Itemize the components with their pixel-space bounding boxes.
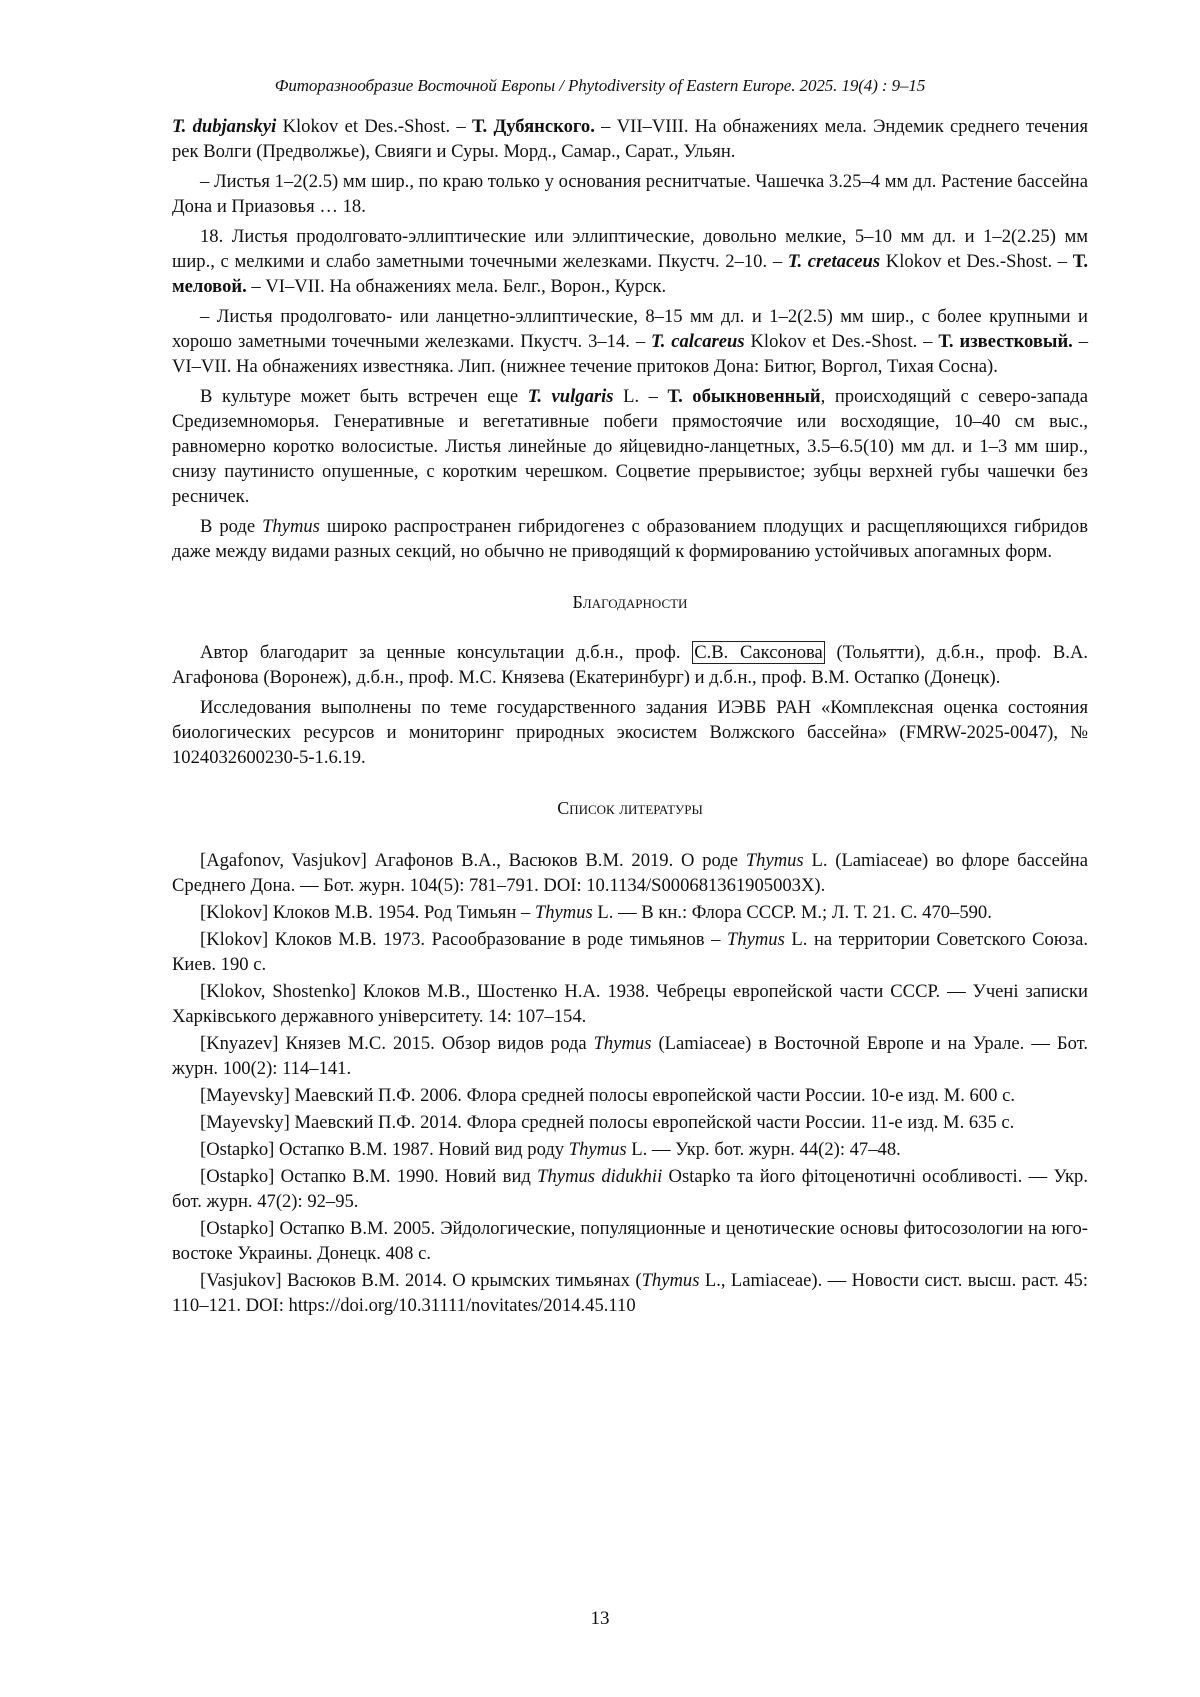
page-number: 13 xyxy=(0,1608,1200,1630)
reference-item: [Ostapko] Остапко В.М. 1990. Новий вид T… xyxy=(172,1164,1088,1214)
reference-item: [Knyazev] Князев М.С. 2015. Обзор видов … xyxy=(172,1031,1088,1081)
russian-name: Т. известковый. xyxy=(938,331,1072,352)
key-couplet-18a: 18. Листья продолговато-эллиптические ил… xyxy=(172,224,1088,299)
russian-name: Т. Дубянского. xyxy=(472,116,595,137)
genus-name: Thymus xyxy=(262,516,320,537)
hybrid-paragraph: В роде Thymus широко распространен гибри… xyxy=(172,514,1088,564)
taxon-name: Thymus xyxy=(569,1139,627,1160)
reference-item: [Mayevsky] Маевский П.Ф. 2014. Флора сре… xyxy=(172,1110,1088,1135)
reference-item: [Klokov] Клоков М.В. 1973. Расообразован… xyxy=(172,927,1088,977)
reference-item: [Ostapko] Остапко В.М. 2005. Эйдологичес… xyxy=(172,1216,1088,1266)
russian-name: Т. обыкновенный xyxy=(668,386,821,407)
latin-name: T. dubjanskyi xyxy=(172,116,276,137)
latin-name: T. calcareus xyxy=(651,331,745,352)
taxon-name: Thymus xyxy=(642,1270,700,1291)
acknowledgements-paragraph-1: Автор благодарит за ценные консультации … xyxy=(172,640,1088,690)
reference-item: [Ostapko] Остапко В.М. 1987. Новий вид р… xyxy=(172,1137,1088,1162)
acknowledgements-heading: Благодарности xyxy=(172,590,1088,615)
reference-item: [Vasjukov] Васюков В.М. 2014. О крымских… xyxy=(172,1268,1088,1318)
reference-item: [Agafonov, Vasjukov] Агафонов В.А., Васю… xyxy=(172,848,1088,898)
taxon-name: Thymus xyxy=(746,850,804,871)
boxed-name-link[interactable]: С.В. Саксонова xyxy=(692,641,825,664)
latin-name: T. cretaceus xyxy=(788,251,880,272)
running-head: Фиторазнообразие Восточной Европы / Phyt… xyxy=(0,76,1200,96)
reference-item: [Klokov] Клоков М.В. 1954. Род Тимьян – … xyxy=(172,900,1088,925)
taxon-name: Thymus didukhii xyxy=(537,1166,662,1187)
key-couplet-17b: – Листья 1–2(2.5) мм шир., по краю тольк… xyxy=(172,169,1088,219)
taxon-name: Thymus xyxy=(727,929,785,950)
latin-name: T. vulgaris xyxy=(528,386,614,407)
reference-item: [Klokov, Shostenko] Клоков М.В., Шостенк… xyxy=(172,979,1088,1029)
key-entry-dubjanskyi: T. dubjanskyi Klokov et Des.-Shost. – Т.… xyxy=(172,114,1088,164)
acknowledgements-paragraph-2: Исследования выполнены по теме государст… xyxy=(172,695,1088,770)
reference-item: [Mayevsky] Маевский П.Ф. 2006. Флора сре… xyxy=(172,1083,1088,1108)
key-couplet-18b: – Листья продолговато- или ланцетно-элли… xyxy=(172,304,1088,379)
references-list: [Agafonov, Vasjukov] Агафонов В.А., Васю… xyxy=(172,848,1088,1318)
taxon-name: Thymus xyxy=(535,902,593,923)
taxon-name: Thymus xyxy=(594,1033,652,1054)
page-body: T. dubjanskyi Klokov et Des.-Shost. – Т.… xyxy=(172,114,1088,1320)
vulgaris-paragraph: В культуре может быть встречен еще T. vu… xyxy=(172,384,1088,509)
references-heading: Список литературы xyxy=(172,796,1088,821)
